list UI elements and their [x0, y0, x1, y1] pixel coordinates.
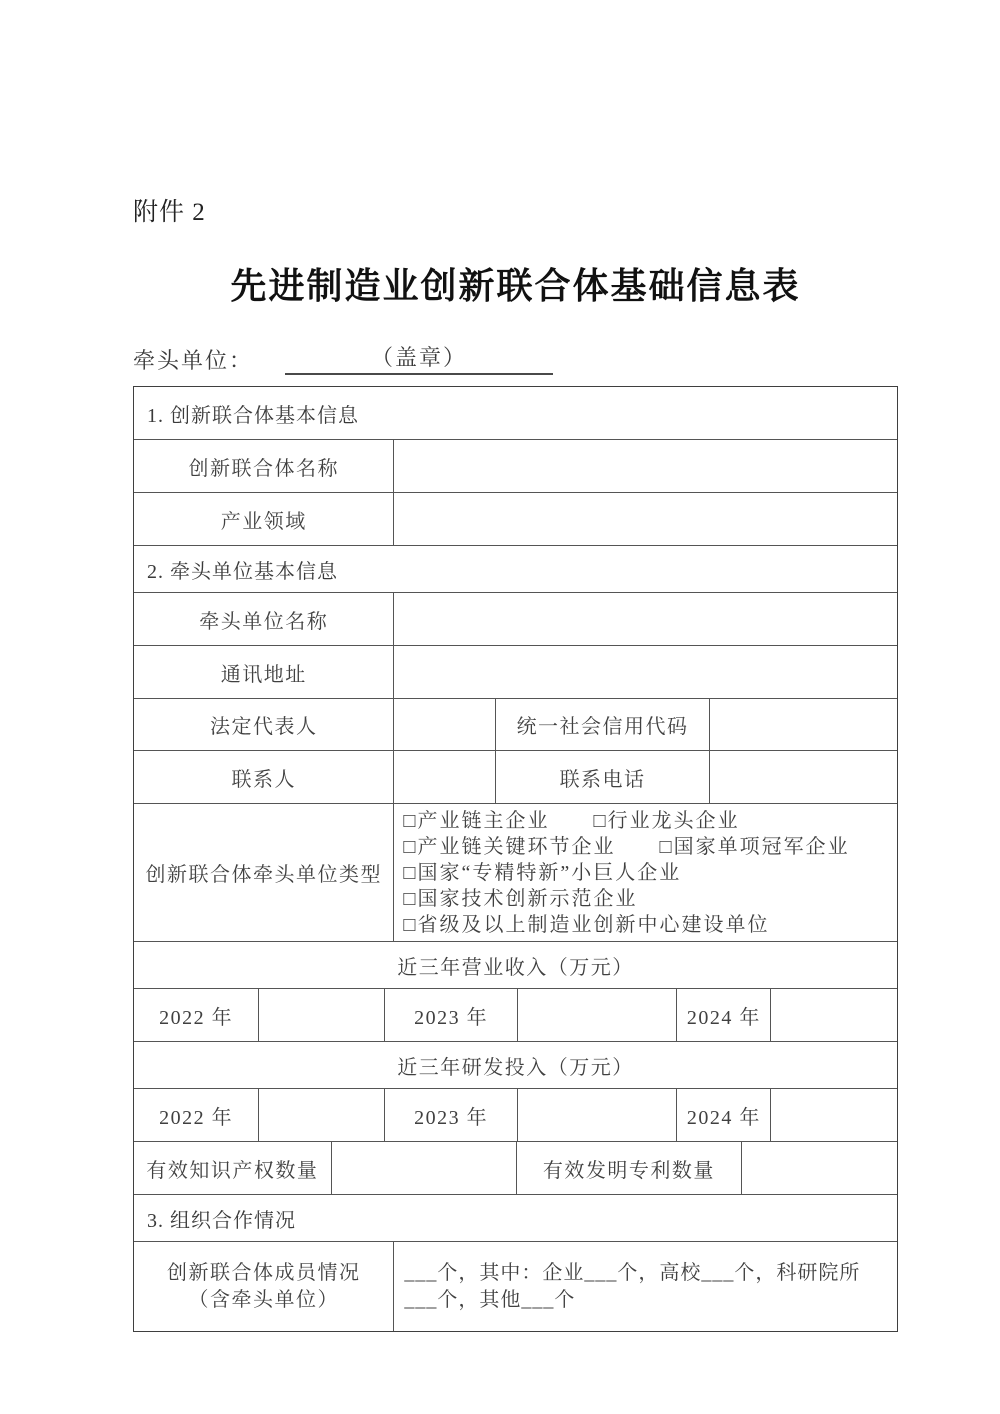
patent-count-label: 有效发明专利数量	[516, 1142, 740, 1194]
lead-unit-name-value-cell	[393, 593, 897, 645]
rnd-year-label: 2023 年	[384, 1089, 517, 1141]
lead-unit-line: 牵头单位：（盖章）	[133, 341, 898, 375]
rnd-header: 近三年研发投入（万元）	[134, 1042, 897, 1088]
checkbox-option-line: □国家“专精特新”小巨人企业	[403, 860, 681, 886]
table-row: 牵头单位名称	[134, 592, 897, 645]
members-row: 创新联合体成员情况 （含牵头单位） ___个，其中：企业___个，高校___个，…	[134, 1241, 897, 1331]
members-value-cell: ___个，其中：企业___个，高校___个，科研院所___个，其他___个	[393, 1242, 897, 1331]
rnd-year-value-cell	[258, 1089, 384, 1141]
revenue-year-label: 2024 年	[676, 989, 770, 1041]
revenue-years-row: 2022 年 2023 年 2024 年	[134, 988, 897, 1041]
section2-header: 2. 牵头单位基本信息	[134, 546, 897, 592]
document-page: 附件 2 先进制造业创新联合体基础信息表 牵头单位：（盖章） 1. 创新联合体基…	[133, 0, 898, 1414]
consortium-name-label: 创新联合体名称	[134, 440, 393, 492]
ip-count-value-cell	[331, 1142, 516, 1194]
unit-type-row: 创新联合体牵头单位类型 □产业链主企业 □行业龙头企业 □产业链关键环节企业 □…	[134, 803, 897, 941]
seal-blank-line: （盖章）	[285, 341, 553, 375]
contact-value-cell	[393, 751, 494, 803]
checkbox-option-line: □产业链关键环节企业 □国家单项冠军企业	[403, 834, 849, 860]
section2-header-row: 2. 牵头单位基本信息	[134, 545, 897, 592]
legal-rep-label: 法定代表人	[134, 699, 393, 750]
revenue-year-label: 2023 年	[384, 989, 517, 1041]
rnd-header-row: 近三年研发投入（万元）	[134, 1041, 897, 1088]
table-row: 联系人 联系电话	[134, 750, 897, 803]
lead-unit-name-label: 牵头单位名称	[134, 593, 393, 645]
revenue-year-value-cell	[258, 989, 384, 1041]
ip-count-label: 有效知识产权数量	[134, 1142, 331, 1194]
rnd-year-value-cell	[770, 1089, 897, 1141]
members-label-line2: （含牵头单位）	[188, 1287, 339, 1314]
section3-header: 3. 组织合作情况	[134, 1195, 897, 1241]
section1-header: 1. 创新联合体基本信息	[134, 387, 897, 439]
revenue-header-row: 近三年营业收入（万元）	[134, 941, 897, 988]
attachment-label: 附件 2	[133, 0, 898, 228]
rnd-year-label: 2024 年	[676, 1089, 770, 1141]
unit-type-label: 创新联合体牵头单位类型	[134, 804, 393, 941]
seal-label: （盖章）	[371, 345, 467, 370]
phone-label: 联系电话	[495, 751, 709, 803]
checkbox-option-line: □产业链主企业 □行业龙头企业	[403, 808, 739, 834]
table-row: 产业领域	[134, 492, 897, 545]
phone-value-cell	[709, 751, 897, 803]
revenue-header: 近三年营业收入（万元）	[134, 942, 897, 988]
credit-code-value-cell	[709, 699, 897, 750]
legal-rep-value-cell	[393, 699, 494, 750]
lead-unit-label: 牵头单位：	[133, 348, 253, 373]
rnd-year-value-cell	[517, 1089, 676, 1141]
basic-info-table: 1. 创新联合体基本信息 创新联合体名称 产业领域 2. 牵头单位基本信息 牵头…	[133, 386, 898, 1332]
revenue-year-label: 2022 年	[134, 989, 258, 1041]
section1-header-row: 1. 创新联合体基本信息	[134, 387, 897, 439]
rnd-years-row: 2022 年 2023 年 2024 年	[134, 1088, 897, 1141]
checkbox-option-line: □省级及以上制造业创新中心建设单位	[403, 912, 769, 938]
address-value-cell	[393, 646, 897, 698]
credit-code-label: 统一社会信用代码	[495, 699, 709, 750]
table-row: 通讯地址	[134, 645, 897, 698]
contact-label: 联系人	[134, 751, 393, 803]
consortium-name-value-cell	[393, 440, 897, 492]
revenue-year-value-cell	[770, 989, 897, 1041]
industry-field-value-cell	[393, 493, 897, 545]
address-label: 通讯地址	[134, 646, 393, 698]
ip-row: 有效知识产权数量 有效发明专利数量	[134, 1141, 897, 1194]
rnd-year-label: 2022 年	[134, 1089, 258, 1141]
patent-count-value-cell	[741, 1142, 897, 1194]
members-label-line1: 创新联合体成员情况	[167, 1260, 361, 1287]
industry-field-label: 产业领域	[134, 493, 393, 545]
section3-header-row: 3. 组织合作情况	[134, 1194, 897, 1241]
table-row: 创新联合体名称	[134, 439, 897, 492]
revenue-year-value-cell	[517, 989, 676, 1041]
unit-type-options: □产业链主企业 □行业龙头企业 □产业链关键环节企业 □国家单项冠军企业 □国家…	[393, 804, 897, 941]
checkbox-option-line: □国家技术创新示范企业	[403, 886, 637, 912]
page-title: 先进制造业创新联合体基础信息表	[133, 258, 898, 309]
table-row: 法定代表人 统一社会信用代码	[134, 698, 897, 750]
members-label: 创新联合体成员情况 （含牵头单位）	[134, 1242, 393, 1331]
